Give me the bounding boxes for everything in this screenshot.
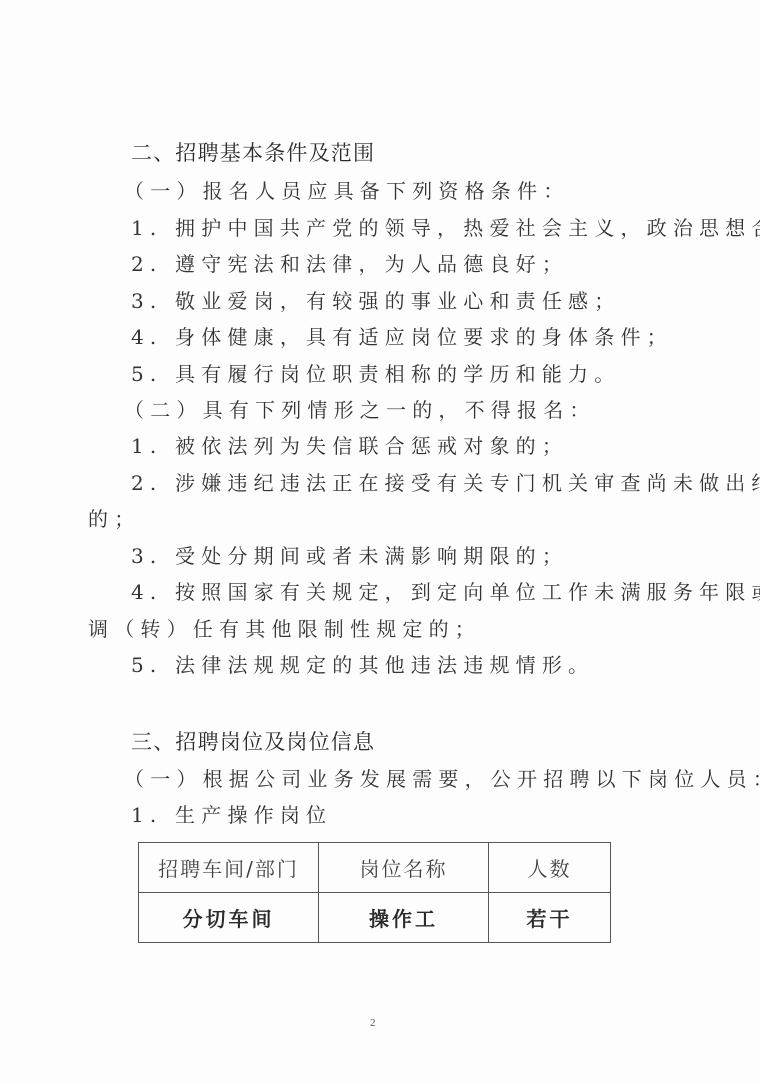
eligibility-item-1: 1. 拥护中国共产党的领导，热爱社会主义，政治思想合格；	[131, 215, 760, 241]
exclusion-item-3: 3. 受处分期间或者未满影响期限的；	[131, 543, 568, 569]
header-department: 招聘车间/部门	[139, 843, 319, 893]
header-position-name: 岗位名称	[319, 843, 489, 893]
section-3-heading: 三、招聘岗位及岗位信息	[131, 729, 375, 755]
exclusion-item-4: 4. 按照国家有关规定，到定向单位工作未满服务年限或对	[131, 579, 760, 605]
page-number: 2	[370, 1017, 376, 1029]
exclusion-item-2-continued: 的；	[88, 506, 140, 532]
cell-department: 分切车间	[139, 893, 319, 943]
eligibility-item-5: 5. 具有履行岗位职责相称的学历和能力。	[131, 361, 620, 387]
cell-headcount: 若干	[489, 893, 611, 943]
section-2-part-1-title: （一）报名人员应具备下列资格条件：	[124, 178, 569, 204]
cell-position-name: 操作工	[319, 893, 489, 943]
table-row: 分切车间 操作工 若干	[139, 893, 611, 943]
exclusion-item-1: 1. 被依法列为失信联合惩戒对象的；	[131, 433, 568, 459]
header-headcount: 人数	[489, 843, 611, 893]
eligibility-item-3: 3. 敬业爱岗，有较强的事业心和责任感；	[131, 288, 620, 314]
positions-table: 招聘车间/部门 岗位名称 人数 分切车间 操作工 若干	[138, 842, 611, 943]
section-3-part-1-title: （一）根据公司业务发展需要，公开招聘以下岗位人员：	[124, 766, 760, 792]
eligibility-item-2: 2. 遵守宪法和法律，为人品德良好；	[131, 251, 568, 277]
production-positions-subheading: 1. 生产操作岗位	[131, 802, 332, 828]
exclusion-item-4-continued: 调（转）任有其他限制性规定的；	[88, 616, 481, 642]
document-page: 二、招聘基本条件及范围 （一）报名人员应具备下列资格条件： 1. 拥护中国共产党…	[0, 0, 760, 1084]
exclusion-item-2: 2. 涉嫌违纪违法正在接受有关专门机关审查尚未做出结论	[131, 470, 760, 496]
exclusion-item-5: 5. 法律法规规定的其他违法违规情形。	[131, 652, 594, 678]
section-2-part-2-title: （二）具有下列情形之一的，不得报名：	[124, 397, 596, 423]
table-header-row: 招聘车间/部门 岗位名称 人数	[139, 843, 611, 893]
section-2-heading: 二、招聘基本条件及范围	[131, 140, 375, 166]
eligibility-item-4: 4. 身体健康，具有适应岗位要求的身体条件；	[131, 324, 673, 350]
